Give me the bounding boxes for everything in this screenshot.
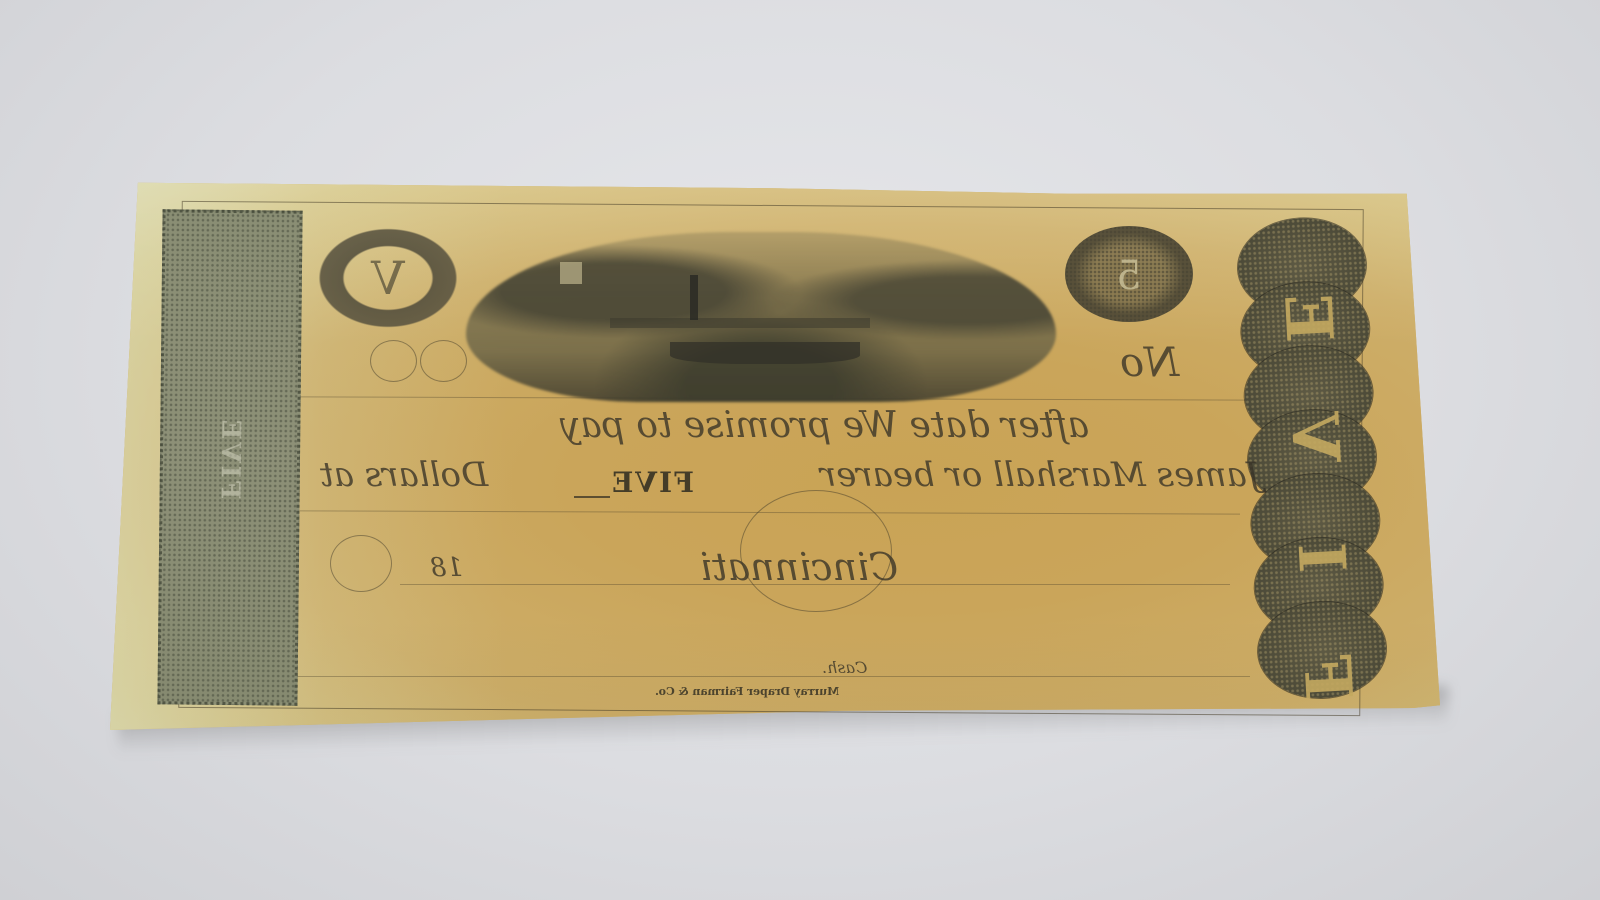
cashier-label: Cash. <box>822 658 867 677</box>
roman-numeral: V <box>371 251 404 305</box>
rule-line <box>290 676 1250 677</box>
band-letter: V <box>1281 412 1348 465</box>
banknote: FIVE V 5 E V I F No after date We promis… <box>0 0 1600 900</box>
house-detail <box>560 262 582 284</box>
numeral-seal: 5 <box>1065 226 1193 322</box>
flourish <box>370 340 417 382</box>
steamboat-deck <box>610 318 870 328</box>
smokestack <box>690 275 698 320</box>
promise-line-3: Dollars at <box>320 455 488 495</box>
flatboat <box>670 342 860 364</box>
flourish <box>740 490 892 612</box>
left-panel-text: FIVE <box>215 416 246 499</box>
engraver-imprint: Murray Draper Fairman & Co. <box>655 685 839 698</box>
seal-numeral: 5 <box>1116 253 1141 299</box>
flourish <box>420 340 467 382</box>
promise-line-1: after date We promise to pay <box>560 405 1089 446</box>
promise-line-2: James Marshall or bearer <box>820 455 1260 495</box>
band-letter: F <box>1293 653 1359 702</box>
denomination-dash <box>574 496 610 498</box>
band-letter: E <box>1274 292 1340 344</box>
band-letter: I <box>1287 541 1352 574</box>
denomination-word: FIVE <box>610 466 694 499</box>
left-end-panel: FIVE <box>157 209 302 705</box>
number-prefix: No <box>1120 340 1179 386</box>
riverboat-vignette <box>466 232 1056 402</box>
roman-numeral-oval: V <box>318 228 458 328</box>
flourish <box>330 535 392 592</box>
date-prefix: 18 <box>430 553 463 583</box>
